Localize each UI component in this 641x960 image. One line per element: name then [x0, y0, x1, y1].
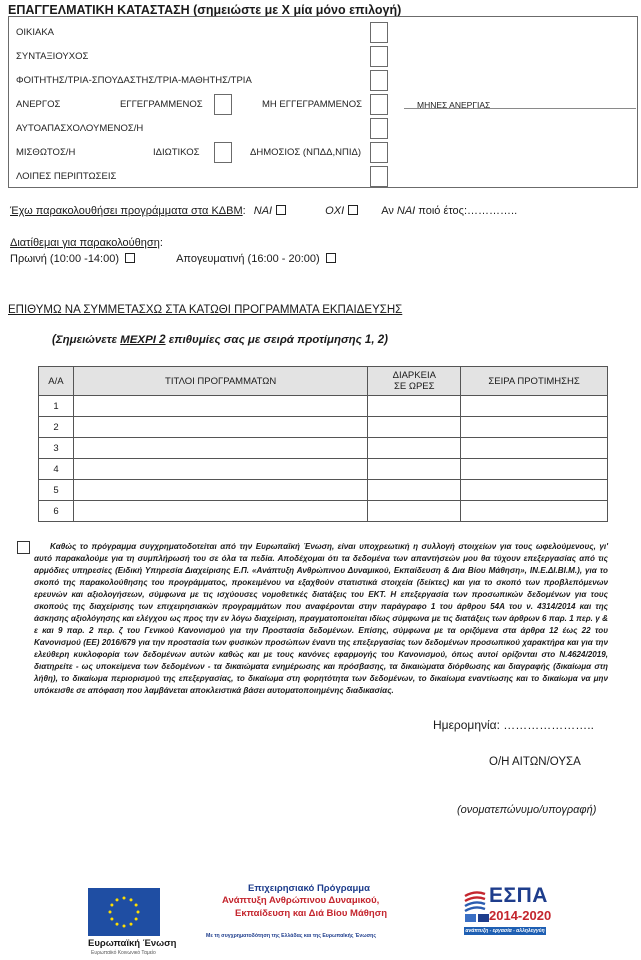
morning-label: Πρωινή (10:00 -14:00) — [10, 253, 119, 265]
program-title-cell[interactable] — [73, 501, 367, 522]
applicant-label: Ο/Η ΑΙΤΩΝ/ΟΥΣΑ — [489, 756, 581, 768]
table-row: 5 — [39, 480, 608, 501]
months-unemployed-field[interactable] — [404, 108, 636, 109]
row-number: 1 — [39, 396, 74, 417]
availability-label-row: Διατίθεμαι για παρακολούθηση: — [10, 237, 163, 249]
consent-checkbox[interactable] — [17, 541, 30, 554]
date-field[interactable]: Ημερομηνία: ………………….. — [433, 718, 594, 732]
kdvm-no-checkbox[interactable] — [348, 205, 358, 215]
morning-checkbox[interactable] — [125, 253, 135, 263]
kdvm-no-label: ΟΧΙ — [325, 205, 344, 217]
row-number: 5 — [39, 480, 74, 501]
eu-mini-flag-icon — [478, 914, 489, 922]
program-hours-cell[interactable] — [368, 396, 461, 417]
program-preference-cell[interactable] — [461, 417, 608, 438]
programs-heading: ΕΠΙΘΥΜΩ ΝΑ ΣΥΜΜΕΤΑΣΧΩ ΣΤΑ ΚΑΤΩΘΙ ΠΡΟΓΡΑΜ… — [8, 304, 402, 316]
row-number: 4 — [39, 459, 74, 480]
row-number: 2 — [39, 417, 74, 438]
row-number: 3 — [39, 438, 74, 459]
label-unemployed: ΑΝΕΡΓΟΣ — [16, 99, 60, 110]
checkbox-private[interactable] — [214, 142, 232, 163]
kdvm-question: Έχω παρακολουθήσει προγράμματα στα ΚΔΒΜ — [10, 205, 243, 217]
eu-flag-logo — [88, 888, 160, 936]
checkbox-pensioner[interactable] — [370, 46, 388, 67]
checkbox-household[interactable] — [370, 22, 388, 43]
program-hours-cell[interactable] — [368, 480, 461, 501]
kdvm-question-row: Έχω παρακολουθήσει προγράμματα στα ΚΔΒΜ:… — [10, 205, 517, 217]
programs-table: Α/Α ΤΙΤΛΟΙ ΠΡΟΓΡΑΜΜΑΤΩΝ ΔΙΑΡΚΕΙΑΣΕ ΩΡΕΣ … — [38, 366, 608, 522]
program-preference-cell[interactable] — [461, 438, 608, 459]
espa-waves-icon — [464, 890, 486, 916]
op-line-1: Επιχειρησιακό Πρόγραμμα — [248, 883, 370, 894]
program-title-cell[interactable] — [73, 438, 367, 459]
col-title: ΤΙΤΛΟΙ ΠΡΟΓΡΑΜΜΑΤΩΝ — [73, 367, 367, 396]
eu-subtitle: Ευρωπαϊκό Κοινωνικό Ταμείο — [91, 950, 156, 956]
label-other: ΛΟΙΠΕΣ ΠΕΡΙΠΤΩΣΕΙΣ — [16, 171, 116, 182]
label-student: ΦΟΙΤΗΤΗΣ/ΤΡΙΑ-ΣΠΟΥΔΑΣΤΗΣ/ΤΡΙΑ-ΜΑΘΗΤΗΣ/ΤΡ… — [16, 75, 252, 86]
checkbox-public[interactable] — [370, 142, 388, 163]
program-preference-cell[interactable] — [461, 459, 608, 480]
program-hours-cell[interactable] — [368, 438, 461, 459]
availability-options: Πρωινή (10:00 -14:00) Απογευματινή (16:0… — [10, 253, 336, 265]
label-pensioner: ΣΥΝΤΑΞΙΟΥΧΟΣ — [16, 51, 88, 62]
program-hours-cell[interactable] — [368, 501, 461, 522]
table-row: 1 — [39, 396, 608, 417]
checkbox-self-employed[interactable] — [370, 118, 388, 139]
afternoon-label: Απογευματινή (16:00 - 20:00) — [176, 253, 320, 265]
espa-logo-word: ΕΣΠΑ — [489, 884, 548, 908]
col-hours: ΔΙΑΡΚΕΙΑΣΕ ΩΡΕΣ — [368, 367, 461, 396]
programs-note: (Σημειώνετε ΜΕΧΡΙ 2 επιθυμίες σας με σει… — [52, 334, 388, 346]
programs-table-header: Α/Α ΤΙΤΛΟΙ ΠΡΟΓΡΑΜΜΑΤΩΝ ΔΙΑΡΚΕΙΑΣΕ ΩΡΕΣ … — [39, 367, 608, 396]
program-preference-cell[interactable] — [461, 480, 608, 501]
program-title-cell[interactable] — [73, 396, 367, 417]
kdvm-year-field[interactable]: Αν ΝΑΙ ποιό έτος:………….. — [381, 205, 517, 217]
checkbox-student[interactable] — [370, 70, 388, 91]
col-no: Α/Α — [39, 367, 74, 396]
program-hours-cell[interactable] — [368, 459, 461, 480]
table-row: 2 — [39, 417, 608, 438]
espa-tagline: ανάπτυξη - εργασία - αλληλεγγύη — [464, 927, 546, 935]
afternoon-checkbox[interactable] — [326, 253, 336, 263]
name-signature-label: (ονοματεπώνυμο/υπογραφή) — [457, 804, 596, 816]
eu-title: Ευρωπαϊκή Ένωση — [88, 938, 176, 949]
label-self-employed: ΑΥΤΟΑΠΑΣΧΟΛΟΥΜΕΝΟΣ/Η — [16, 123, 143, 134]
employment-status-title: ΕΠΑΓΓΕΛΜΑΤΙΚΗ ΚΑΤΑΣΤΑΣΗ (σημειώστε με Χ … — [8, 3, 401, 17]
program-title-cell[interactable] — [73, 480, 367, 501]
label-registered: ΕΓΓΕΓΡΑΜΜΕΝΟΣ — [120, 99, 203, 110]
kdvm-yes-label: ΝΑΙ — [254, 205, 272, 217]
espa-years: 2014-2020 — [489, 908, 551, 923]
col-preference: ΣΕΙΡΑ ΠΡΟΤΙΜΗΣΗΣ — [461, 367, 608, 396]
program-hours-cell[interactable] — [368, 417, 461, 438]
op-cofinancing-note: Με τη συγχρηματοδότηση της Ελλάδας και τ… — [206, 933, 376, 939]
program-title-cell[interactable] — [73, 417, 367, 438]
label-public: ΔΗΜΟΣΙΟΣ (ΝΠΔΔ,ΝΠΙΔ) — [250, 147, 361, 158]
label-household: ΟΙΚΙΑΚΑ — [16, 27, 54, 38]
table-row: 4 — [39, 459, 608, 480]
checkbox-not-registered[interactable] — [370, 94, 388, 115]
checkbox-other[interactable] — [370, 166, 388, 187]
label-private: ΙΔΙΩΤΙΚΟΣ — [153, 147, 199, 158]
table-row: 3 — [39, 438, 608, 459]
program-preference-cell[interactable] — [461, 501, 608, 522]
table-row: 6 — [39, 501, 608, 522]
checkbox-registered[interactable] — [214, 94, 232, 115]
consent-text: Καθώς το πρόγραμμα συγχρηματοδοτείται απ… — [34, 541, 608, 697]
label-employee: ΜΙΣΘΩΤΟΣ/Η — [16, 147, 75, 158]
op-line-2: Ανάπτυξη Ανθρώπινου Δυναμικού, — [222, 895, 379, 906]
op-line-3: Εκπαίδευση και Διά Βίου Μάθηση — [235, 908, 387, 919]
row-number: 6 — [39, 501, 74, 522]
program-preference-cell[interactable] — [461, 396, 608, 417]
greek-flag-icon — [465, 914, 476, 922]
kdvm-yes-checkbox[interactable] — [276, 205, 286, 215]
program-title-cell[interactable] — [73, 459, 367, 480]
label-not-registered: ΜΗ ΕΓΓΕΓΡΑΜΜΕΝΟΣ — [262, 99, 362, 110]
availability-label: Διατίθεμαι για παρακολούθηση — [10, 237, 160, 249]
